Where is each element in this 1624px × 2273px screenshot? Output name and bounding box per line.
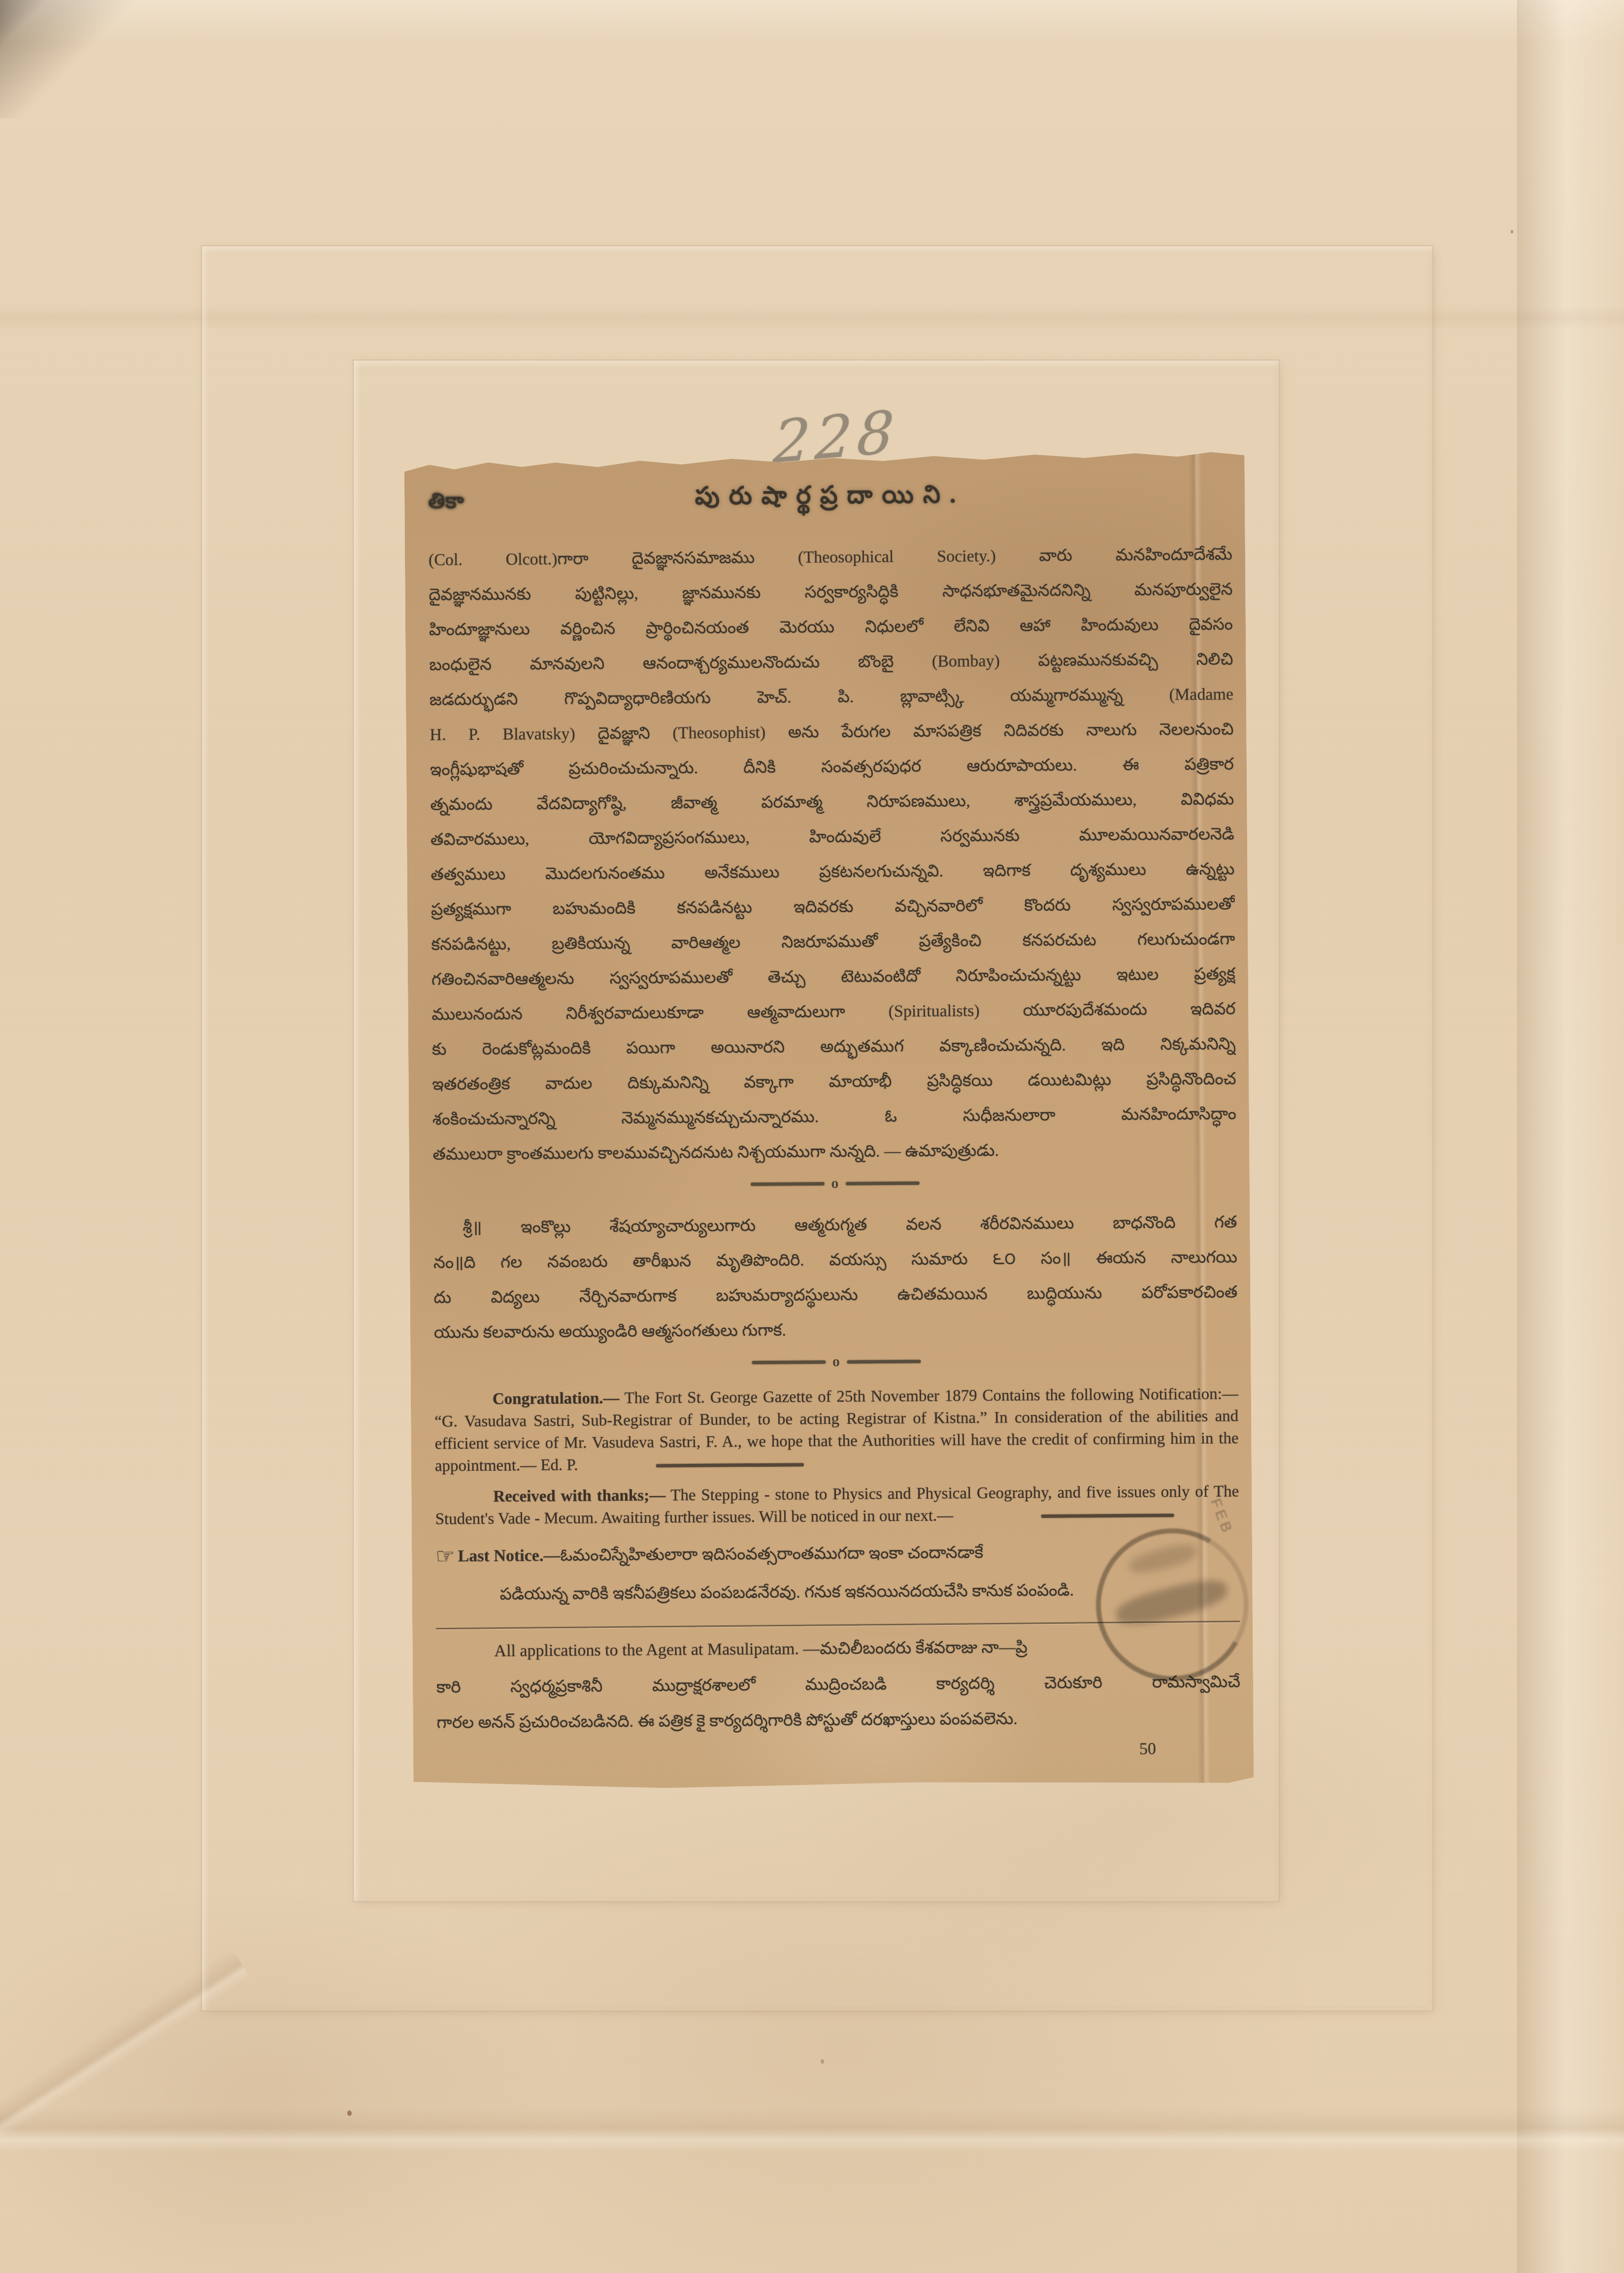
article-congratulation: Congratulation.— The Fort St. George Gaz… — [434, 1383, 1239, 1477]
divider-bar — [750, 1182, 824, 1186]
telugu-text-line: H. P. Blavatsky) దైవజ్ఞాని (Theosophist)… — [430, 712, 1233, 752]
telugu-text-line: త్నమందు వేదవిద్యాగోష్ఠి, జీవాత్మ పరమాత్మ… — [430, 782, 1234, 822]
telugu-text-line: దు విద్యలు నేర్చినవారుగాక బహుమర్యాదస్థుల… — [433, 1275, 1237, 1315]
short-rule — [656, 1463, 804, 1467]
divider-ornament: o — [832, 1354, 840, 1369]
telugu-text-line: ములునందున నిరీశ్వరవాదులుకూడా ఆత్మవాదులుగ… — [431, 991, 1235, 1032]
foxing-specks — [347, 2110, 352, 2116]
section-divider: o — [434, 1348, 1238, 1376]
received-label: Received with thanks;— — [493, 1486, 665, 1505]
short-rule — [1041, 1514, 1174, 1518]
masthead: తికా పురుషార్థప్రదాయిని. — [428, 469, 1232, 529]
telugu-text-line: బంధులైన మానవులని ఆనందాశ్చర్యములనొందుచు బ… — [429, 642, 1233, 682]
telugu-text-line: ఇంగ్లీషుభాషతో ప్రచురించుచున్నారు. దీనికి… — [430, 747, 1234, 787]
telugu-text-line: తములురా క్రాంతములగు కాలమువచ్చినదనుట నిశ్… — [432, 1131, 1236, 1172]
divider-bar — [752, 1360, 826, 1364]
telugu-text-line: కు రెండుకోట్లమందికి పయిగా అయినారని అద్భు… — [432, 1026, 1236, 1067]
pasted-journal-page: తికా పురుషార్థప్రదాయిని. (Col. Olcott.)గ… — [404, 451, 1254, 1790]
imprint-line1-telugu: మచిలీబందరు కేశవరాజు నా—ప్రి — [820, 1638, 1027, 1658]
telugu-text-line: శ్రీ॥ ఇంకొల్లు శేషయ్యాచార్యులుగారు ఆత్మర… — [433, 1205, 1237, 1245]
telugu-text-line: యును కలవారును అయ్యుండిరి ఆత్మసంగతులు గుగ… — [434, 1310, 1238, 1350]
divider-ornament: o — [831, 1176, 838, 1191]
telugu-text-line: తవిచారములు, యోగవిద్యాప్రసంగములు, హిందువు… — [431, 817, 1234, 857]
corner-mark: తికా — [428, 488, 464, 519]
telugu-text-line: శంకించుచున్నారన్ని నెమ్మనమ్మునకచ్చుచున్న… — [432, 1096, 1236, 1137]
telugu-text-line: గతించినవారిఆత్మలను స్వస్వరూపములతో తెచ్చు… — [431, 956, 1235, 997]
article-received: Received with thanks;— The Stepping - st… — [435, 1481, 1239, 1530]
congratulation-label: Congratulation.— — [493, 1389, 620, 1408]
telugu-text-line: జడదుర్భుడని గొప్పవిద్యాధారిణియగు హెచ్. ప… — [430, 677, 1233, 717]
telugu-text-line: (Col. Olcott.)గారా దైవజ్ఞానసమాజము (Theos… — [429, 537, 1232, 577]
telugu-text-line: కనపడినట్టు, బ్రతికియున్న వారిఆత్మల నిజరూ… — [431, 922, 1235, 962]
mat-top-edge-highlight — [0, 0, 1624, 44]
journal-title: పురుషార్థప్రదాయిని. — [428, 469, 1232, 518]
mat-crease-lower — [0, 2108, 1624, 2152]
telugu-text-line: హిందూజ్ఞానులు వర్ణించిన ప్రార్థించినయంత … — [429, 607, 1233, 647]
telugu-text-line: నం॥ది గల నవంబరు తారీఖున మృతిపొందిరి. వయస… — [433, 1240, 1237, 1280]
page-number: 50 — [437, 1739, 1241, 1763]
article-theosophy: (Col. Olcott.)గారా దైవజ్ఞానసమాజము (Theos… — [429, 537, 1237, 1172]
last-notice-label: Last Notice.— — [458, 1547, 560, 1565]
divider-bar — [847, 1359, 921, 1363]
scanned-document-scene: 228 తికా పురుషార్థప్రదాయిని. (Col. Olcot… — [0, 0, 1624, 2273]
telugu-text-line: ప్రత్యక్షముగా బహుమందికి కనపడినట్టు ఇదివర… — [431, 887, 1235, 927]
editor-signature: Ed. P. — [540, 1456, 578, 1475]
last-notice-line1: ఓమంచిస్నేహితులారా ఇదిసంవత్సరాంతముగదా ఇంక… — [560, 1544, 983, 1565]
underlying-sheet-edge — [1517, 0, 1624, 2273]
telugu-text-line: ఇతరతంత్రిక వాదుల దిక్కుమనిన్ని వక్కాగా మ… — [432, 1061, 1236, 1102]
telugu-text-line: తత్వములు మొదలగునంతము అనేకములు ప్రకటనలగుచ… — [431, 852, 1234, 892]
divider-bar — [845, 1181, 919, 1185]
applications-lead: All applications to the Agent at Masulip… — [494, 1640, 820, 1660]
manicule-icon: ☞ — [435, 1544, 455, 1568]
article-obituary: శ్రీ॥ ఇంకొల్లు శేషయ్యాచార్యులుగారు ఆత్మర… — [433, 1205, 1238, 1350]
telugu-text-line: దైవజ్ఞానమునకు పుట్టినిల్లు, జ్ఞానమునకు స… — [429, 572, 1232, 612]
section-divider: o — [433, 1169, 1237, 1197]
imprint-line3: గారల అనన్ ప్రచురించబడినది. ఈ పత్రిక కై క… — [436, 1700, 1240, 1741]
